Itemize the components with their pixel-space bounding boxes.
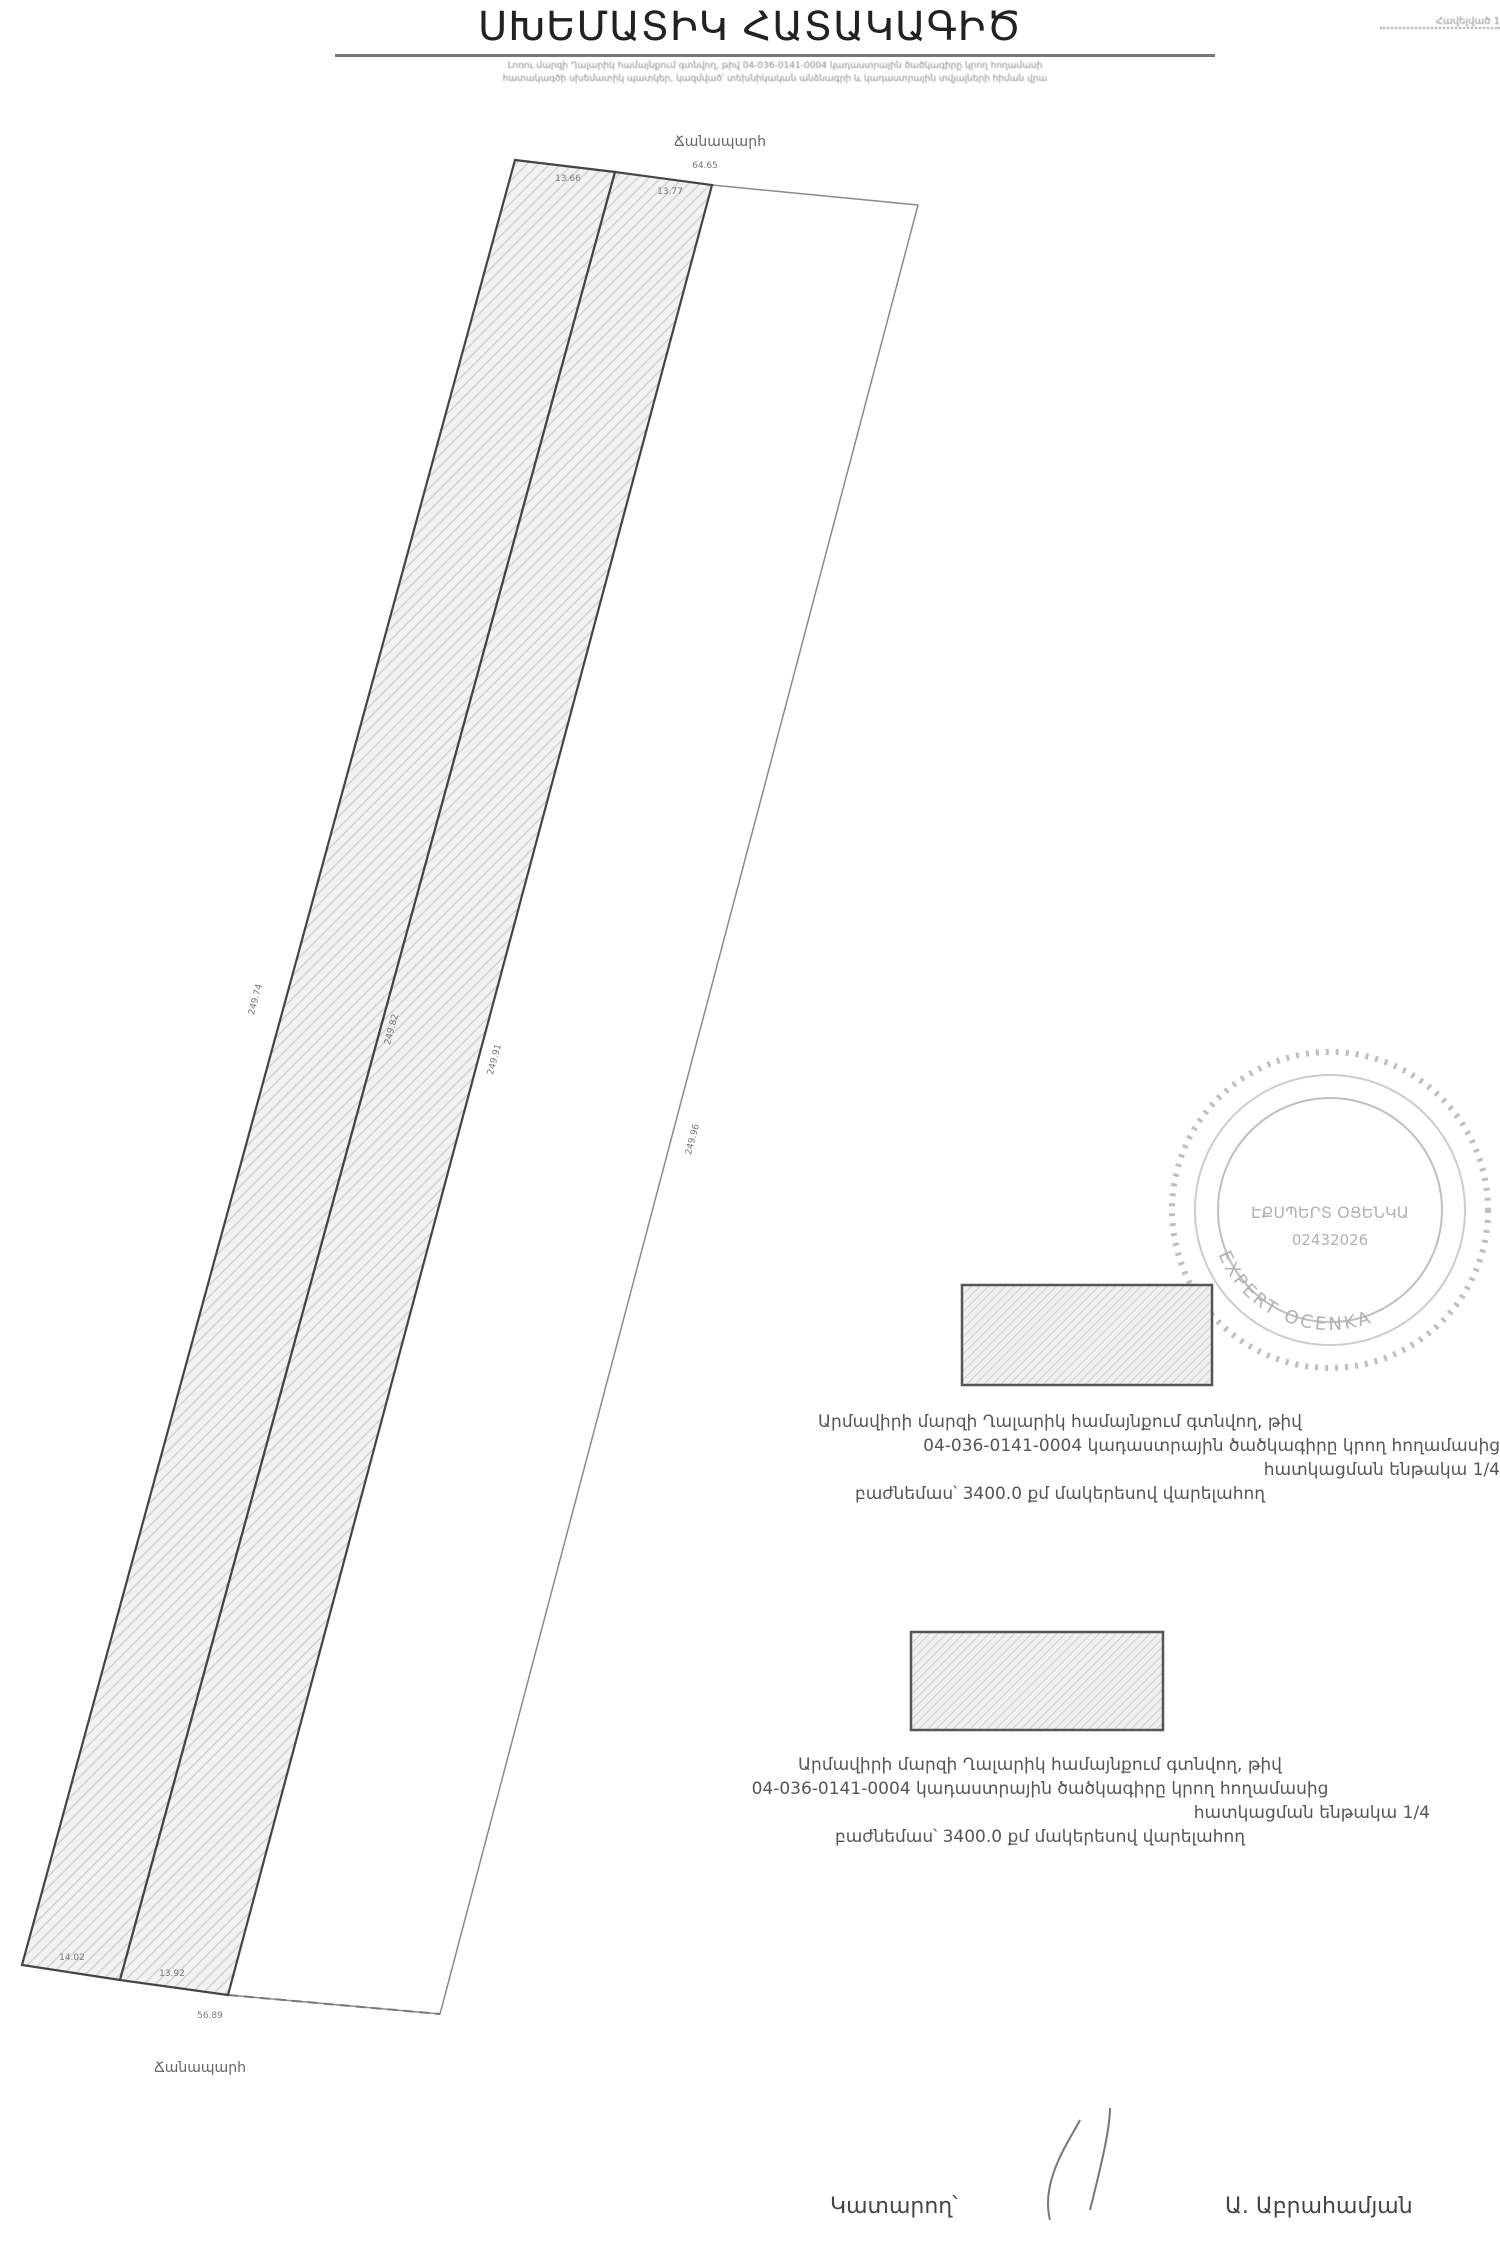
stamp-number: 02432026 [1292,1231,1368,1249]
legend-1-line-4: բաժնեմաս՝ 3400.0 քմ մակերեսով վարելահող [620,1482,1500,1506]
dim-side-a-left: 249.74 [247,983,265,1016]
site-plan: Ճանապարհ Ճանապարհ 64.65 13.66 13.77 14.0… [0,0,1500,2244]
street-label-bottom: Ճանապարհ [154,2060,246,2076]
signatory-name: Ա. Աբրահամյան [1225,2194,1413,2219]
legend-1-line-3: հատկացման ենթակա 1/4 [620,1458,1500,1482]
dim-bottom-total: 56.89 [197,2011,223,2021]
legend-swatch-1 [962,1285,1212,1385]
dim-side-outer-right: 249.96 [684,1123,702,1156]
signature-label: Կատարող՝ [830,2194,957,2219]
official-stamp: ԷՔՍՊԵՐՏ ՕՑԵՆԿԱ 02432026 EXPERT OCENKA [1172,1052,1488,1368]
dim-top-total: 64.65 [692,161,718,171]
dim-bottom-b: 13.92 [159,1969,185,1979]
dim-bottom-a: 14.02 [59,1953,85,1963]
legend-2-line-2: 04-036-0141-0004 կադաստրային ծածկագիրը կ… [590,1777,1490,1801]
legend-item-2: Արմավիրի մարզի Ղալարիկ համայնքում գտնվող… [590,1753,1490,1849]
street-label-top: Ճանապարհ [674,134,766,150]
stamp-ring-text: EXPERT OCENKA [1214,1247,1376,1335]
stamp-name: ԷՔՍՊԵՐՏ ՕՑԵՆԿԱ [1251,1203,1409,1222]
legend-swatch-2 [911,1632,1163,1730]
legend-item-1: Արմավիրի մարզի Ղալարիկ համայնքում գտնվող… [620,1410,1500,1506]
dim-top-b: 13.77 [657,187,683,197]
legend-2-line-4: բաժնեմաս՝ 3400.0 քմ մակերեսով վարելահող [590,1825,1490,1849]
legend-2-line-3: հատկացման ենթակա 1/4 [590,1801,1490,1825]
dim-top-a: 13.66 [555,174,581,184]
legend-1-line-1: Արմավիրի մարզի Ղալարիկ համայնքում գտնվող… [620,1410,1500,1434]
legend-1-line-2: 04-036-0141-0004 կադաստրային ծածկագիրը կ… [620,1434,1500,1458]
signature-scribble [1048,2108,1110,2220]
legend-2-line-1: Արմավիրի մարզի Ղալարիկ համայնքում գտնվող… [590,1753,1490,1777]
